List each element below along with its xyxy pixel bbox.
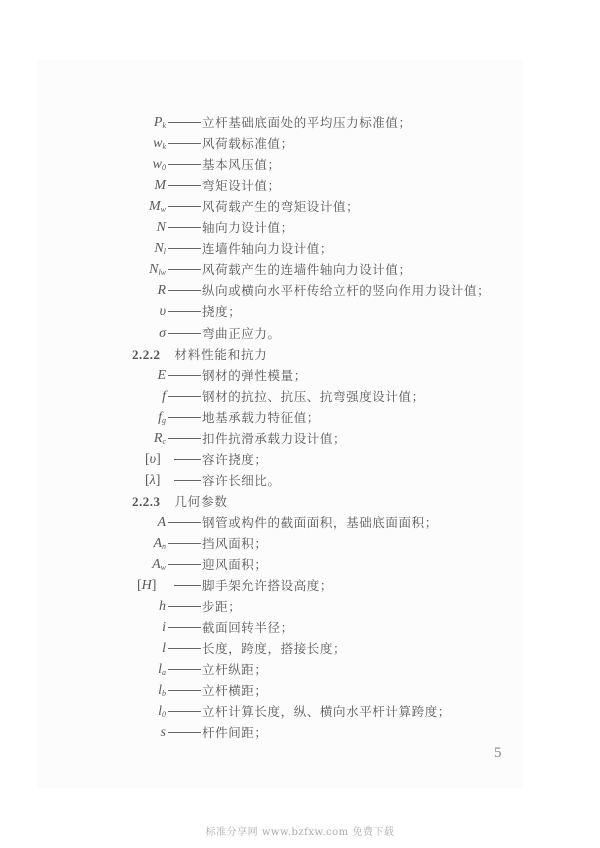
em-dash xyxy=(168,417,201,418)
definition-text: 挠度； xyxy=(202,301,241,322)
definition-line: la立杆纵距； xyxy=(37,659,523,680)
em-dash xyxy=(168,143,201,144)
definition-line: wk风荷载标准值； xyxy=(37,133,523,154)
definition-line: f钢材的抗拉、抗压、抗弯强度设计值； xyxy=(37,386,523,407)
document-page: Pk立杆基础底面处的平均压力标准值；wk风荷载标准值；w0基本风压值；M弯矩设计… xyxy=(37,60,523,788)
em-dash xyxy=(168,396,201,397)
definition-text: 基本风压值； xyxy=(202,154,281,175)
symbol: l xyxy=(162,638,166,659)
symbol: υ xyxy=(160,301,166,322)
em-dash xyxy=(174,459,201,460)
definition-text: 容许长细比。 xyxy=(202,470,281,491)
definition-line: fg地基承载力特征值； xyxy=(37,407,523,428)
definition-line: υ挠度； xyxy=(37,301,523,322)
em-dash xyxy=(168,333,201,334)
section-heading: 2.2.3几何参数 xyxy=(132,491,228,512)
definition-line: R纵向或横向水平杆传给立杆的竖向作用力设计值； xyxy=(37,280,523,301)
definition-line: N轴向力设计值； xyxy=(37,217,523,238)
definition-line: Mw风荷载产生的弯矩设计值； xyxy=(37,196,523,217)
definition-text: 弯矩设计值； xyxy=(202,175,281,196)
definition-text: 风荷载产生的连墙件轴向力设计值； xyxy=(202,259,412,280)
em-dash xyxy=(168,269,201,270)
definition-text: 钢管或构件的截面面积，基础底面面积； xyxy=(202,512,438,533)
symbol: s xyxy=(161,722,166,743)
definition-text: 挡风面积； xyxy=(202,533,268,554)
definition-text: 连墙件轴向力设计值； xyxy=(202,238,333,259)
definition-text: 长度，跨度，搭接长度； xyxy=(202,638,346,659)
em-dash xyxy=(168,122,201,123)
em-dash xyxy=(168,711,201,712)
em-dash xyxy=(168,290,201,291)
definition-text: 步距； xyxy=(202,596,241,617)
em-dash xyxy=(168,648,201,649)
definition-text: 立杆计算长度，纵、横向水平杆计算跨度； xyxy=(202,701,451,722)
em-dash xyxy=(168,227,201,228)
symbol: h xyxy=(159,596,166,617)
em-dash xyxy=(168,522,201,523)
symbol: N xyxy=(157,217,166,238)
symbol: M xyxy=(154,175,166,196)
section-title: 材料性能和抗力 xyxy=(175,347,268,362)
em-dash xyxy=(168,375,201,376)
definition-line: A钢管或构件的截面面积，基础底面面积； xyxy=(37,512,523,533)
definition-line: σ弯曲正应力。 xyxy=(37,323,523,344)
definition-text: 截面回转半径； xyxy=(202,617,294,638)
definition-text: 地基承载力特征值； xyxy=(202,407,320,428)
em-dash xyxy=(168,185,201,186)
definition-line: s杆件间距； xyxy=(37,722,523,743)
em-dash xyxy=(174,585,201,586)
definition-text: 纵向或横向水平杆传给立杆的竖向作用力设计值； xyxy=(202,280,490,301)
definition-text: 杆件间距； xyxy=(202,722,268,743)
symbol: σ xyxy=(159,323,166,344)
em-dash xyxy=(168,206,201,207)
definition-text: 弯曲正应力。 xyxy=(202,323,281,344)
em-dash xyxy=(168,311,201,312)
section-title: 几何参数 xyxy=(175,494,228,509)
definition-line: Rc扣件抗滑承载力设计值； xyxy=(37,428,523,449)
symbol: f xyxy=(162,386,166,407)
definition-text: 立杆横距； xyxy=(202,680,268,701)
definition-line: l长度，跨度，搭接长度； xyxy=(37,638,523,659)
em-dash xyxy=(168,438,201,439)
definition-line: [H]脚手架允许搭设高度； xyxy=(37,575,523,596)
em-dash xyxy=(168,564,201,565)
definition-line: M弯矩设计值； xyxy=(37,175,523,196)
definition-text: 钢材的弹性模量； xyxy=(202,365,307,386)
definition-text: 扣件抗滑承载力设计值； xyxy=(202,428,346,449)
definition-line: Pk立杆基础底面处的平均压力标准值； xyxy=(37,112,523,133)
footer-watermark: 标准分享网 www.bzfxw.com 免费下载 xyxy=(0,823,600,838)
section-number: 2.2.3 xyxy=(132,494,161,509)
section-heading: 2.2.2材料性能和抗力 xyxy=(132,344,268,365)
symbol: R xyxy=(157,280,166,301)
em-dash xyxy=(168,669,201,670)
em-dash xyxy=(168,690,201,691)
definition-line: Aw迎风面积； xyxy=(37,554,523,575)
definition-text: 轴向力设计值； xyxy=(202,217,294,238)
definition-text: 立杆基础底面处的平均压力标准值； xyxy=(202,112,412,133)
em-dash xyxy=(168,732,201,733)
em-dash xyxy=(168,248,201,249)
definition-line: An挡风面积； xyxy=(37,533,523,554)
definition-line: [υ]容许挠度； xyxy=(37,449,523,470)
em-dash xyxy=(168,606,201,607)
definition-text: 钢材的抗拉、抗压、抗弯强度设计值； xyxy=(202,386,425,407)
em-dash xyxy=(174,480,201,481)
symbol: i xyxy=(162,617,166,638)
definition-text: 容许挠度； xyxy=(202,449,268,470)
definition-line: E钢材的弹性模量； xyxy=(37,365,523,386)
definition-line: i截面回转半径； xyxy=(37,617,523,638)
definition-text: 风荷载产生的弯矩设计值； xyxy=(202,196,359,217)
definition-line: w0基本风压值； xyxy=(37,154,523,175)
em-dash xyxy=(168,627,201,628)
definition-text: 风荷载标准值； xyxy=(202,133,294,154)
definition-text: 迎风面积； xyxy=(202,554,268,575)
definition-line: l0立杆计算长度，纵、横向水平杆计算跨度； xyxy=(37,701,523,722)
page-number: 5 xyxy=(494,745,502,762)
definition-line: h步距； xyxy=(37,596,523,617)
definition-text: 立杆纵距； xyxy=(202,659,268,680)
symbol: A xyxy=(157,512,166,533)
em-dash xyxy=(168,164,201,165)
symbol: E xyxy=(157,365,166,386)
definition-line: [λ]容许长细比。 xyxy=(37,470,523,491)
definition-line: lb立杆横距； xyxy=(37,680,523,701)
em-dash xyxy=(168,543,201,544)
definition-text: 脚手架允许搭设高度； xyxy=(202,575,333,596)
section-number: 2.2.2 xyxy=(132,347,161,362)
definition-line: Nlw风荷载产生的连墙件轴向力设计值； xyxy=(37,259,523,280)
definition-line: Nl连墙件轴向力设计值； xyxy=(37,238,523,259)
